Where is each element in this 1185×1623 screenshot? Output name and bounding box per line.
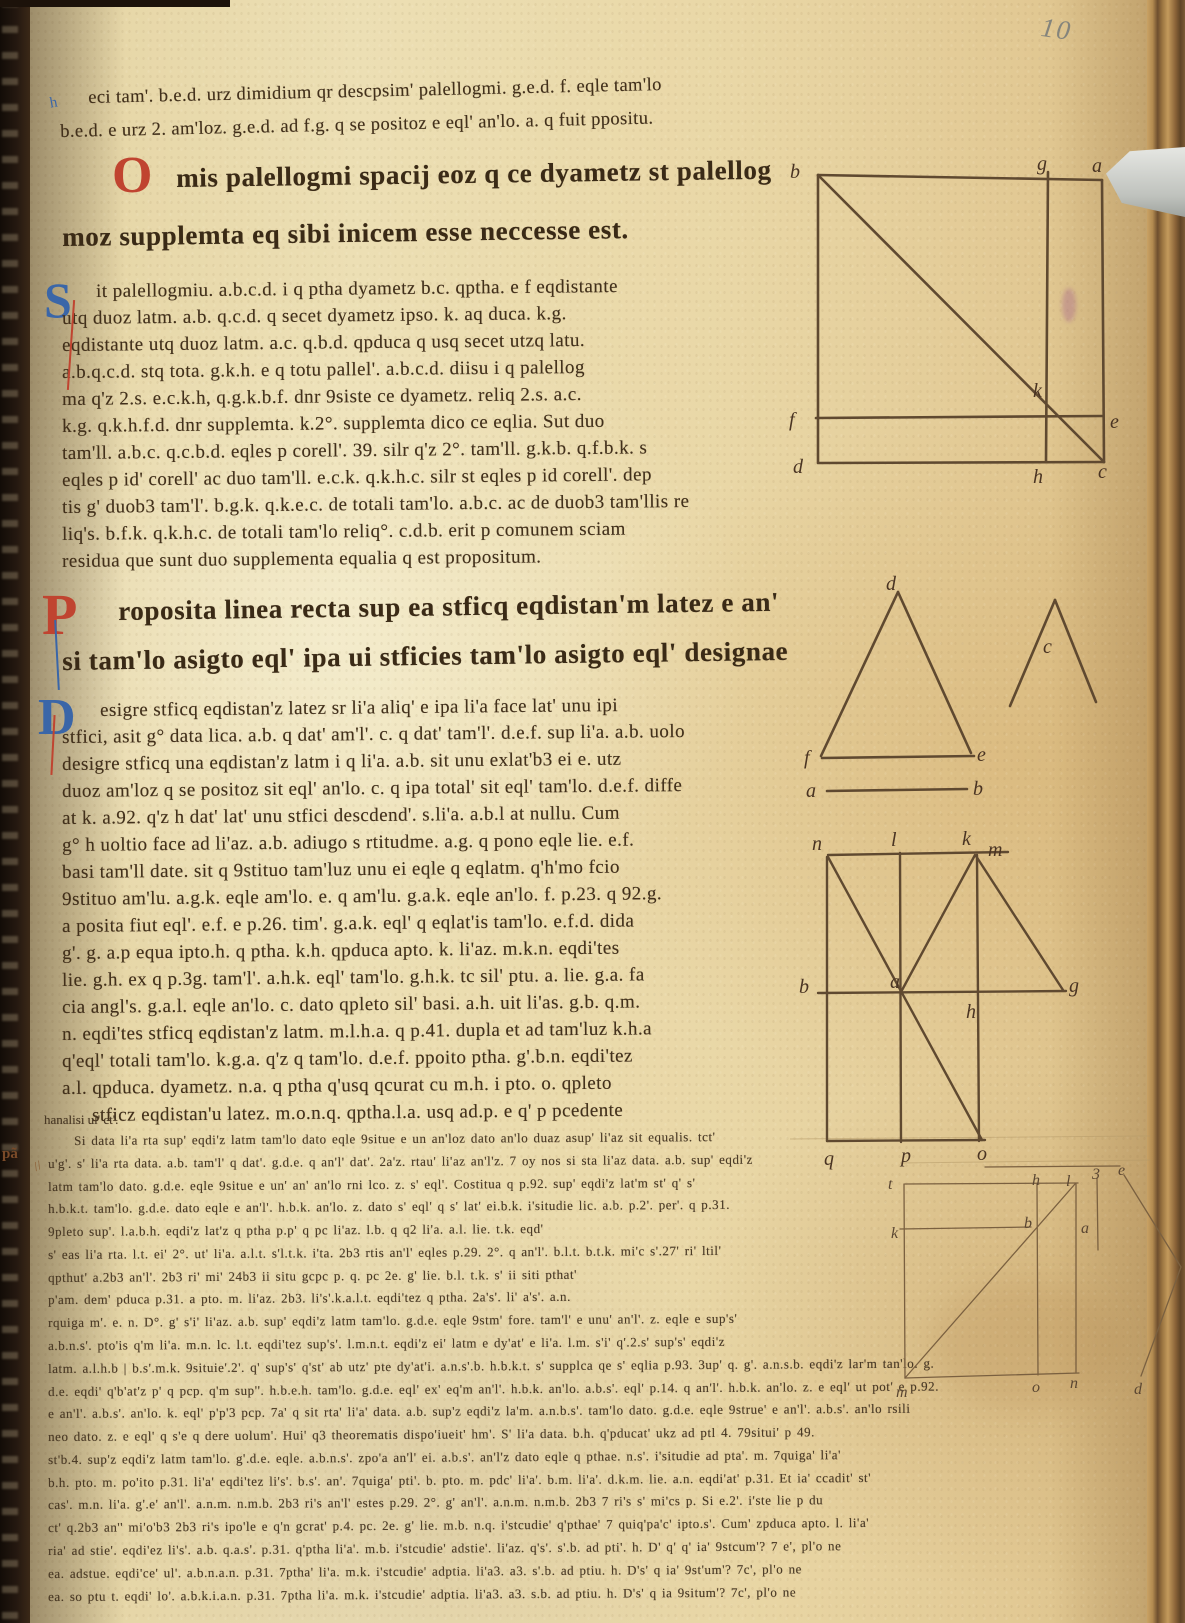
heading-line: si tam'lo asigto eql' ipa ui stficies ta…	[62, 636, 788, 677]
svg-text:p: p	[899, 1145, 911, 1167]
text-line: tam'll. a.b.c. q.c.b.d. eqles p corell'.…	[62, 437, 647, 465]
gloss-line: ea. adstue. eqdi'ce' ul'. a.b.n.a.n. p.3…	[48, 1561, 802, 1582]
gloss-line: cas'. m.n. li'a. g'.e' an'l'. a.n.m. n.m…	[48, 1492, 823, 1513]
text-line: a.l. qpduca. dyametz. n.a. q ptha q'usq …	[62, 1073, 612, 1100]
svg-text:b: b	[790, 161, 800, 183]
text-line: duoz am'loz q se positoz sit eql' an'lo.…	[62, 775, 683, 803]
text-line: 9stituo am'lu. a.g.k. eqle am'lo. e. q a…	[62, 883, 662, 911]
initial-P: P	[42, 586, 77, 644]
binding-gutter	[0, 0, 30, 1623]
manuscript-page: 10 pã // h eci tam'. b.e.d. urz dimidium…	[0, 0, 1185, 1623]
heading-line: mis palellogmi spacij eoz q ce dyametz s…	[176, 155, 772, 194]
gloss-line: p'am. dem' pduca p.31. a pto. m. li'az. …	[48, 1289, 571, 1308]
gloss-line: a.b.n.s'. pto'is q'm li'a. m.n. lc. l.t.…	[48, 1334, 725, 1354]
svg-text:o: o	[1032, 1379, 1040, 1396]
svg-text:b: b	[799, 976, 809, 998]
text-line: g° h uoltio face ad li'az. a.b. adiugo s…	[62, 830, 634, 857]
text-line: tis g' duob3 tam'l'. b.g.k. q.k.e.c. de …	[62, 491, 690, 519]
text-line: lie. g.h. ex q p.3g. tam'l'. a.h.k. eql'…	[62, 964, 645, 992]
gloss-line: d.e. eqdi' q'b'at'z p' q pcp. q'm sup''.…	[48, 1379, 939, 1400]
text-line: liq's. b.f.k. q.k.h.c. de totali tam'lo …	[62, 519, 626, 546]
svg-text:q: q	[824, 1148, 834, 1170]
svg-text:n: n	[812, 833, 822, 855]
initial-O: O	[112, 150, 152, 202]
svg-text:e: e	[977, 744, 986, 766]
gloss-line: ria' ad stie'. eqdi'ez li's'. a.b. q.a.s…	[48, 1538, 841, 1559]
text-line: a.b.q.c.d. stq tota. g.k.h. e q totu pal…	[62, 357, 585, 384]
gloss-line: latm. a.l.h.b | b.s'.m.k. 9situie'.2'. q…	[48, 1356, 934, 1377]
text-line: cia angl's. g.a.l. eqle an'lo. c. dato q…	[62, 991, 640, 1019]
folio-number: 10	[1039, 12, 1074, 47]
gloss-line: ct' q.2b3 an'' mi'o'b3 2b3 ri's ipo'le e…	[48, 1515, 869, 1536]
binding-edge-top	[0, 0, 230, 7]
svg-text:g: g	[1037, 153, 1047, 175]
text-line: eqles p id' corell' ac duo tam'll. e.c.k…	[62, 464, 652, 492]
svg-text:c: c	[1043, 636, 1052, 658]
gloss-line: st'b.4. sup'z eqdi'z latm tam'lo. g'.d.e…	[48, 1447, 841, 1468]
marginal-paragraph-mark: pã	[2, 1146, 18, 1163]
text-line: b.e.d. e urz 2. am'loz. g.e.d. ad f.g. q…	[60, 109, 654, 143]
svg-text:h: h	[1033, 466, 1043, 488]
gloss-line: b.h. pto. m. po'ito p.31. li'a' eqdi'tez…	[48, 1470, 871, 1491]
text-line: it palellogmiu. a.b.c.d. i q ptha dyamet…	[96, 276, 618, 303]
text-line: eqdistante utq duoz latm. a.c. q.b.d. qp…	[62, 330, 585, 357]
gloss-line: Si data li'a rta sup' eqdi'z latm tam'lo…	[74, 1129, 716, 1149]
text-line: q'eql' totali tam'lo. k.g.a. q'z q tam'l…	[62, 1046, 633, 1073]
text-line: g'. g. a.p equa ipto.h. q ptha. k.h. qpd…	[62, 938, 620, 965]
text-line: n. eqdi'tes stficq eqdistan'z latm. m.l.…	[62, 1018, 652, 1046]
page-curve-shading	[1052, 0, 1147, 1623]
svg-text:f: f	[789, 409, 797, 431]
svg-text:o: o	[977, 1143, 987, 1165]
svg-text:t: t	[888, 1176, 893, 1193]
text-line: eci tam'. b.e.d. urz dimidium qr descpsi…	[88, 75, 662, 109]
fore-edge-pages	[1147, 0, 1185, 1623]
gloss-line: latm tam'lo dato. g.d.e. eqle 9situe e u…	[48, 1175, 696, 1195]
gloss-line: h.b.k.t. tam'lo. g.d.e. dato eqle e an'l…	[48, 1197, 730, 1217]
text-line: residua que sunt duo supplementa equalia…	[62, 546, 542, 573]
text-line: k.g. q.k.h.f.d. dnr supplemta. k.2°. sup…	[62, 411, 605, 438]
svg-text:h: h	[966, 1001, 976, 1023]
svg-text:k: k	[962, 828, 972, 850]
text-line: stfici, asit g° data lica. a.b. q dat' a…	[62, 721, 685, 749]
text-line: at k. a.92. q'z h dat' lat' unu stfici d…	[62, 803, 620, 830]
svg-text:a: a	[806, 780, 816, 802]
gloss-line: 9pleto sup'. l.a.b.h. eqdi'z lat'z q pth…	[48, 1221, 544, 1240]
svg-text:d: d	[886, 573, 897, 595]
svg-text:d: d	[793, 456, 804, 478]
catchword: hanalisi ul' ct'.	[44, 1112, 118, 1128]
gloss-line: rquiga m'. e. n. D°. g' s'i' li'az. a.b.…	[48, 1311, 737, 1331]
gloss-line: ea. so ptu t. eqdi' lo'. a.b.k.i.a.n. p.…	[48, 1584, 796, 1605]
gloss-line: s' eas li'a rta. l.t. ei' 2°. ut' li'a. …	[48, 1243, 722, 1263]
text-line: esigre stficq eqdistan'z latez sr li'a a…	[100, 695, 618, 722]
gloss-line: e an'l'. a.b.s'. an'lo. k. eql' p'p'3 pc…	[48, 1401, 911, 1422]
gloss-line: neo dato. z. e eql' q s'e q dere uolum'.…	[48, 1424, 815, 1445]
text-line: a posita fiut eql'. e.f. e p.26. tim'. g…	[62, 911, 634, 938]
svg-text:k: k	[891, 1225, 899, 1242]
text-line: ma q'z 2.s. e.c.k.h, q.g.k.b.f. dnr 9sis…	[62, 384, 582, 411]
svg-text:b: b	[1024, 1215, 1032, 1232]
svg-text:k: k	[1033, 380, 1043, 402]
figure-construction	[818, 852, 1066, 1142]
gloss-line: u'g'. s' li'a rta data. a.b. tam'l' q da…	[48, 1152, 753, 1172]
svg-text:b: b	[973, 778, 983, 800]
text-line: basi tam'll date. sit q 9stituo tam'luz …	[62, 857, 620, 884]
text-line: desigre stficq una eqdistan'z latm i q l…	[62, 749, 622, 776]
heading-line: moz supplemta eq sibi inicem esse necces…	[62, 214, 629, 253]
figure-triangle	[821, 592, 974, 791]
svg-text:a: a	[890, 971, 900, 993]
text-line: stficz eqdistan'u latez. m.o.n.q. qptha.…	[92, 1100, 623, 1127]
svg-text:l: l	[891, 829, 897, 851]
heading-line: roposita linea recta sup ea stficq eqdis…	[118, 587, 779, 627]
svg-text:f: f	[804, 747, 812, 769]
text-line: utq duoz latm. a.b. q.c.d. q secet dyame…	[62, 303, 567, 330]
gloss-line: qpthut' a.2b3 an'l'. 2b3 ri' mi' 24b3 ii…	[48, 1267, 577, 1286]
svg-text:m: m	[988, 839, 1002, 861]
svg-text:h: h	[1032, 1172, 1040, 1189]
